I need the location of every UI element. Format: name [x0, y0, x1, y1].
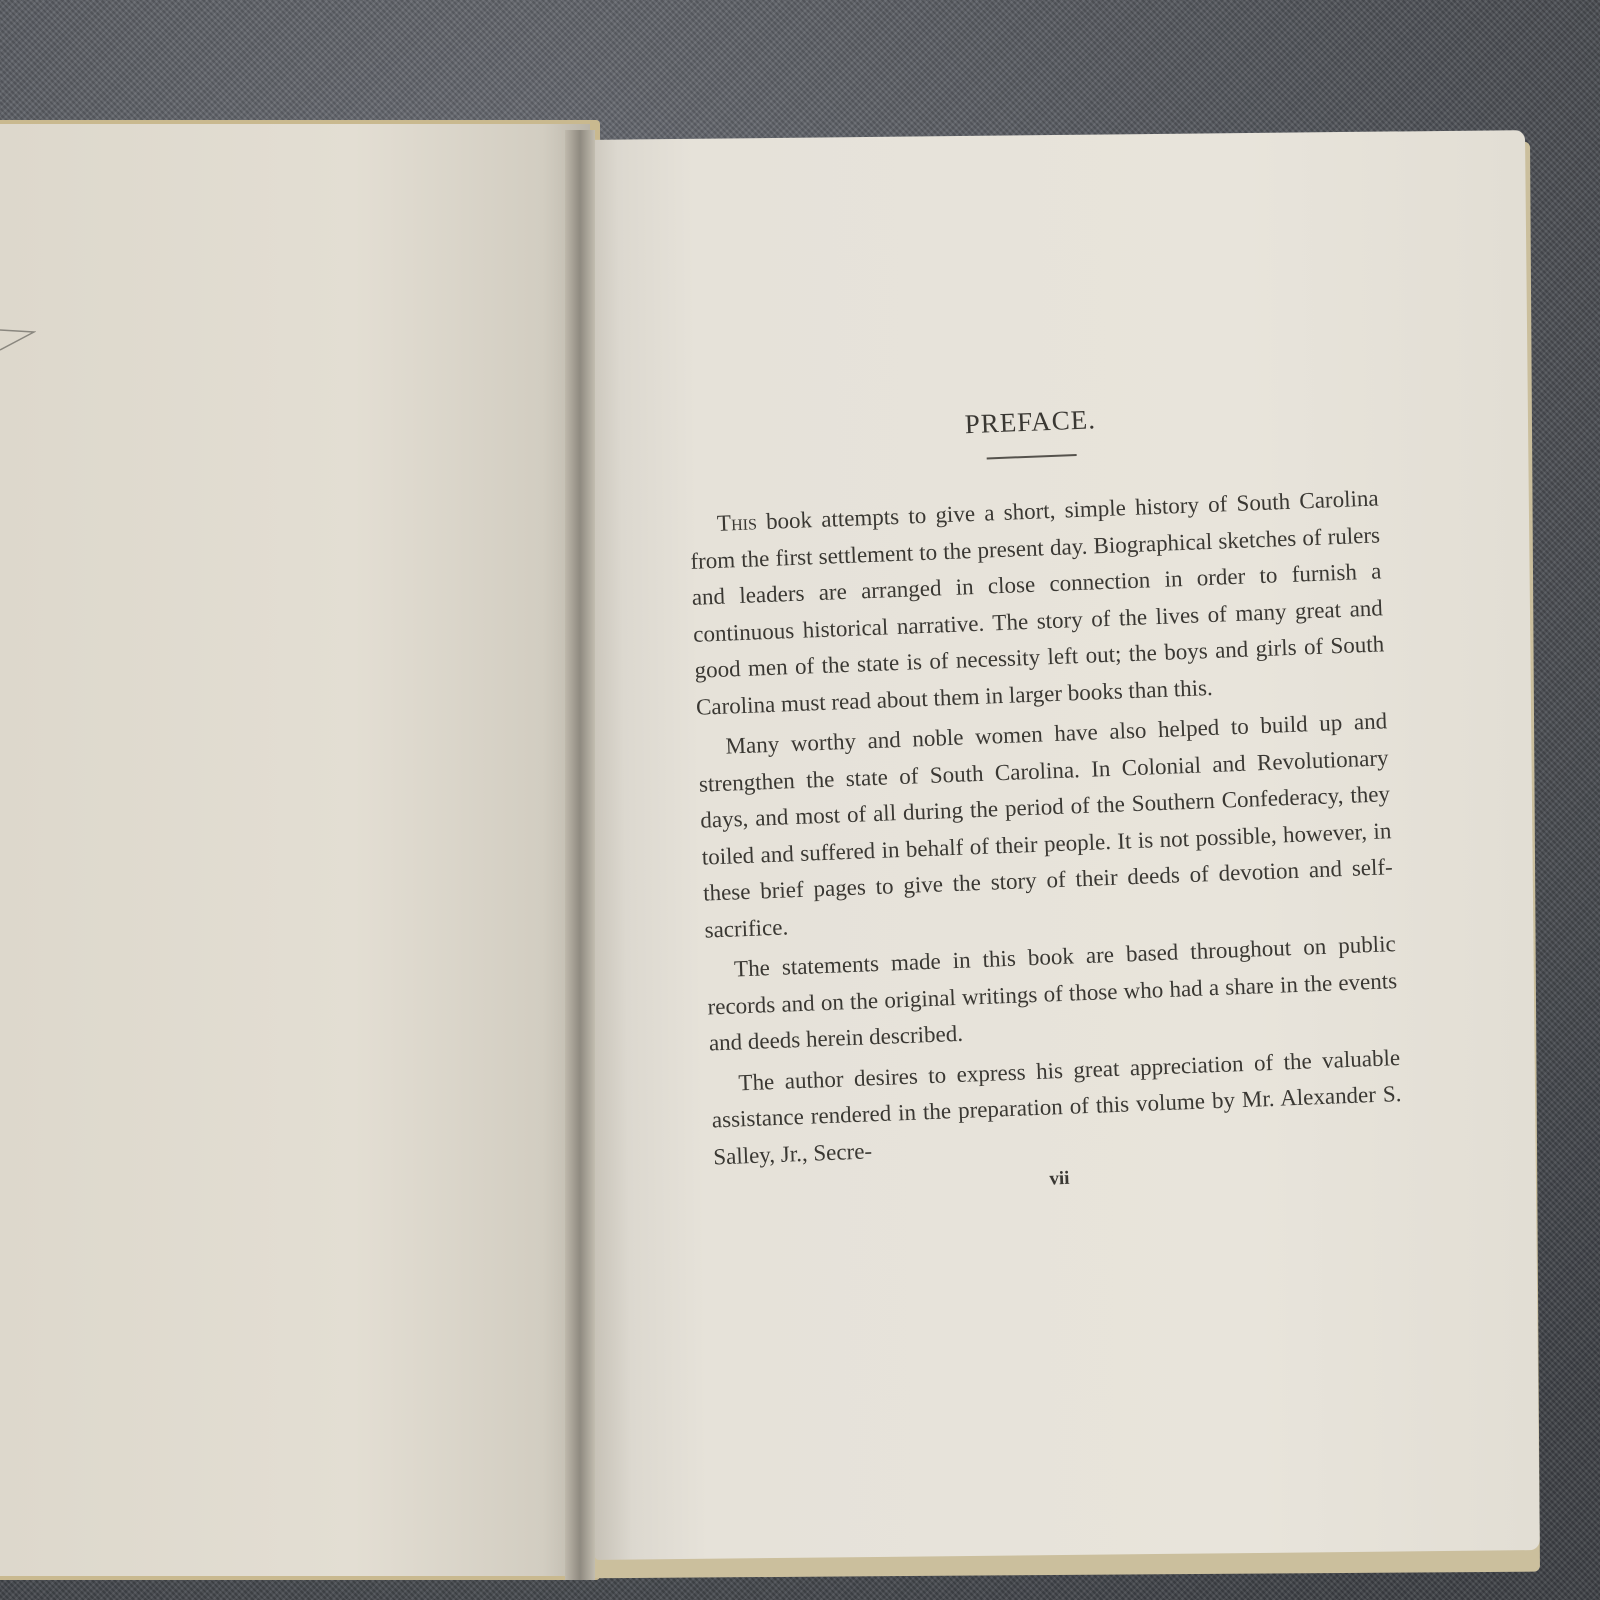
- book-gutter: [565, 130, 595, 1580]
- lead-word: This: [717, 509, 758, 536]
- paragraph-4: The author desires to express his great …: [710, 1040, 1404, 1176]
- left-page: [0, 124, 590, 1576]
- paragraph-2: Many worthy and noble women have also he…: [697, 703, 1395, 948]
- title-rule: [987, 454, 1077, 459]
- paragraph-1: This book attempts to give a short, simp…: [688, 480, 1386, 725]
- pencil-mark-icon: [0, 324, 36, 354]
- preface-text-block: PREFACE. This book attempts to give a sh…: [685, 394, 1405, 1204]
- paragraph-3: The statements made in this book are bas…: [705, 926, 1399, 1062]
